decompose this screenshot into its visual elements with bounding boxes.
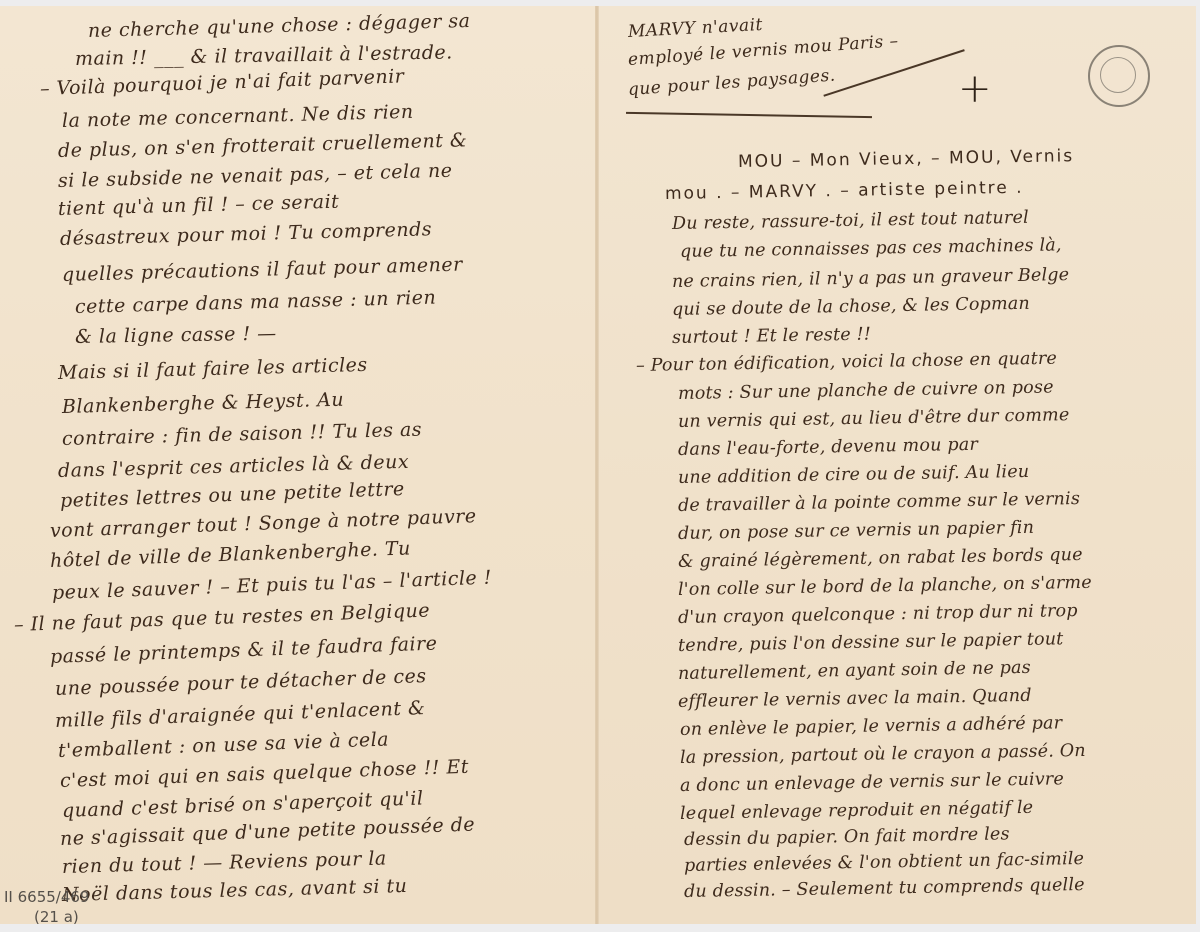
- text-line: & la ligne casse ! —: [75, 322, 277, 348]
- shelfmark-number: II 6655/469: [4, 888, 89, 906]
- text-line: surtout ! Et le reste !!: [672, 325, 871, 348]
- library-stamp: [1088, 45, 1150, 107]
- shelfmark-folio: (21 a): [34, 908, 79, 926]
- stamp-emblem: [1100, 57, 1136, 93]
- cross-mark: +: [958, 66, 992, 112]
- page-fold: [595, 6, 599, 924]
